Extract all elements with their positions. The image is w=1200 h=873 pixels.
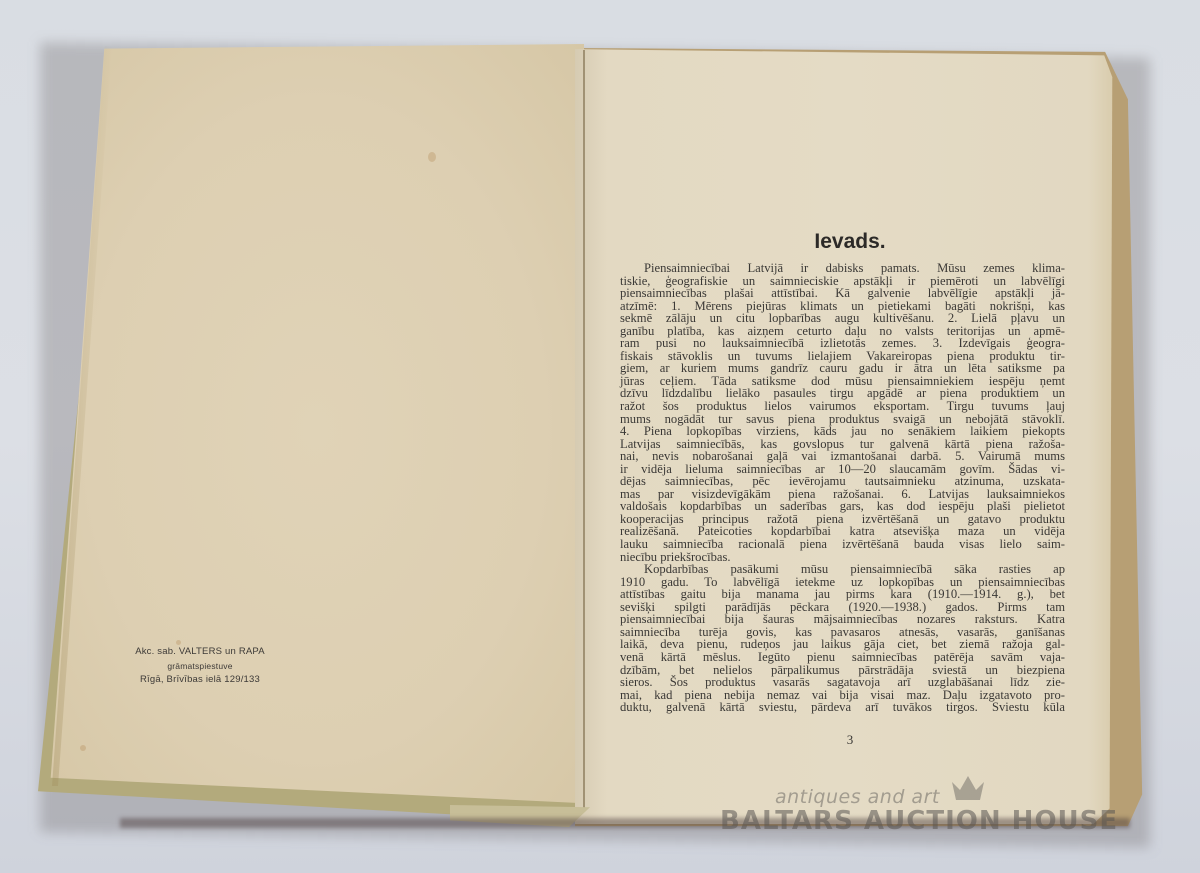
printer-imprint: Akc. sab. VALTERS un RAPA grāmatspiestuv… — [100, 645, 300, 687]
text-line: sieros. Šos produktus vasarās sagatavoja… — [620, 676, 1065, 689]
text-line: piensaimniecības plašai attīstībai. Kā g… — [620, 287, 1065, 300]
imprint-line-1: Akc. sab. VALTERS un RAPA — [100, 645, 300, 659]
text-line: ražot šos produktus lielos vairumos eksp… — [620, 400, 1065, 413]
foxing-spot — [428, 152, 436, 162]
body-text: Piensaimniecībai Latvijā ir dabisks pama… — [620, 262, 1065, 714]
text-line: Piensaimniecībai Latvijā ir dabisks pama… — [620, 262, 1065, 275]
crown-icon — [950, 776, 986, 802]
photo-scene: Akc. sab. VALTERS un RAPA grāmatspiestuv… — [0, 0, 1200, 873]
text-line: ram pusi no lauksaimniecībā izlietotās z… — [620, 337, 1065, 350]
imprint-line-2: grāmatspiestuve — [100, 659, 300, 673]
chapter-title: Ievads. — [610, 230, 1090, 254]
left-page — [48, 44, 584, 814]
text-line: lauku saimniecība racionalā piena izvērt… — [620, 538, 1065, 551]
text-line: 4. Piena lopkopības virziens, kāds jau n… — [620, 425, 1065, 438]
watermark-tagline: antiques and art — [775, 786, 940, 808]
foxing-spot — [80, 745, 86, 751]
text-line: sekmē zālāju un citu lopbarības augu kul… — [620, 312, 1065, 325]
book-gutter — [583, 50, 585, 810]
imprint-line-3: Rīgā, Brīvības ielā 129/133 — [100, 673, 300, 687]
text-line: piensaimniecībai bija šauras mājsaimniec… — [620, 613, 1065, 626]
text-line: nai, nevis nobarošanai gaļā vai izmantoš… — [620, 450, 1065, 463]
text-line: venā kārtā mēslus. Iegūto pienu saimniec… — [620, 651, 1065, 664]
text-line: duktu, galvenā kārtā sviestu, pārdeva ar… — [620, 701, 1065, 714]
watermark-brand: BALTARS AUCTION HOUSE — [720, 806, 1118, 836]
page-number: 3 — [610, 732, 1090, 748]
text-line: dējas saimniecības, pēc ievērojamu tauts… — [620, 475, 1065, 488]
text-line: Kopdarbības pasākumi mūsu piensaimniecīb… — [620, 563, 1065, 576]
text-line: attīstības gaitu bija manama jau pirms k… — [620, 588, 1065, 601]
